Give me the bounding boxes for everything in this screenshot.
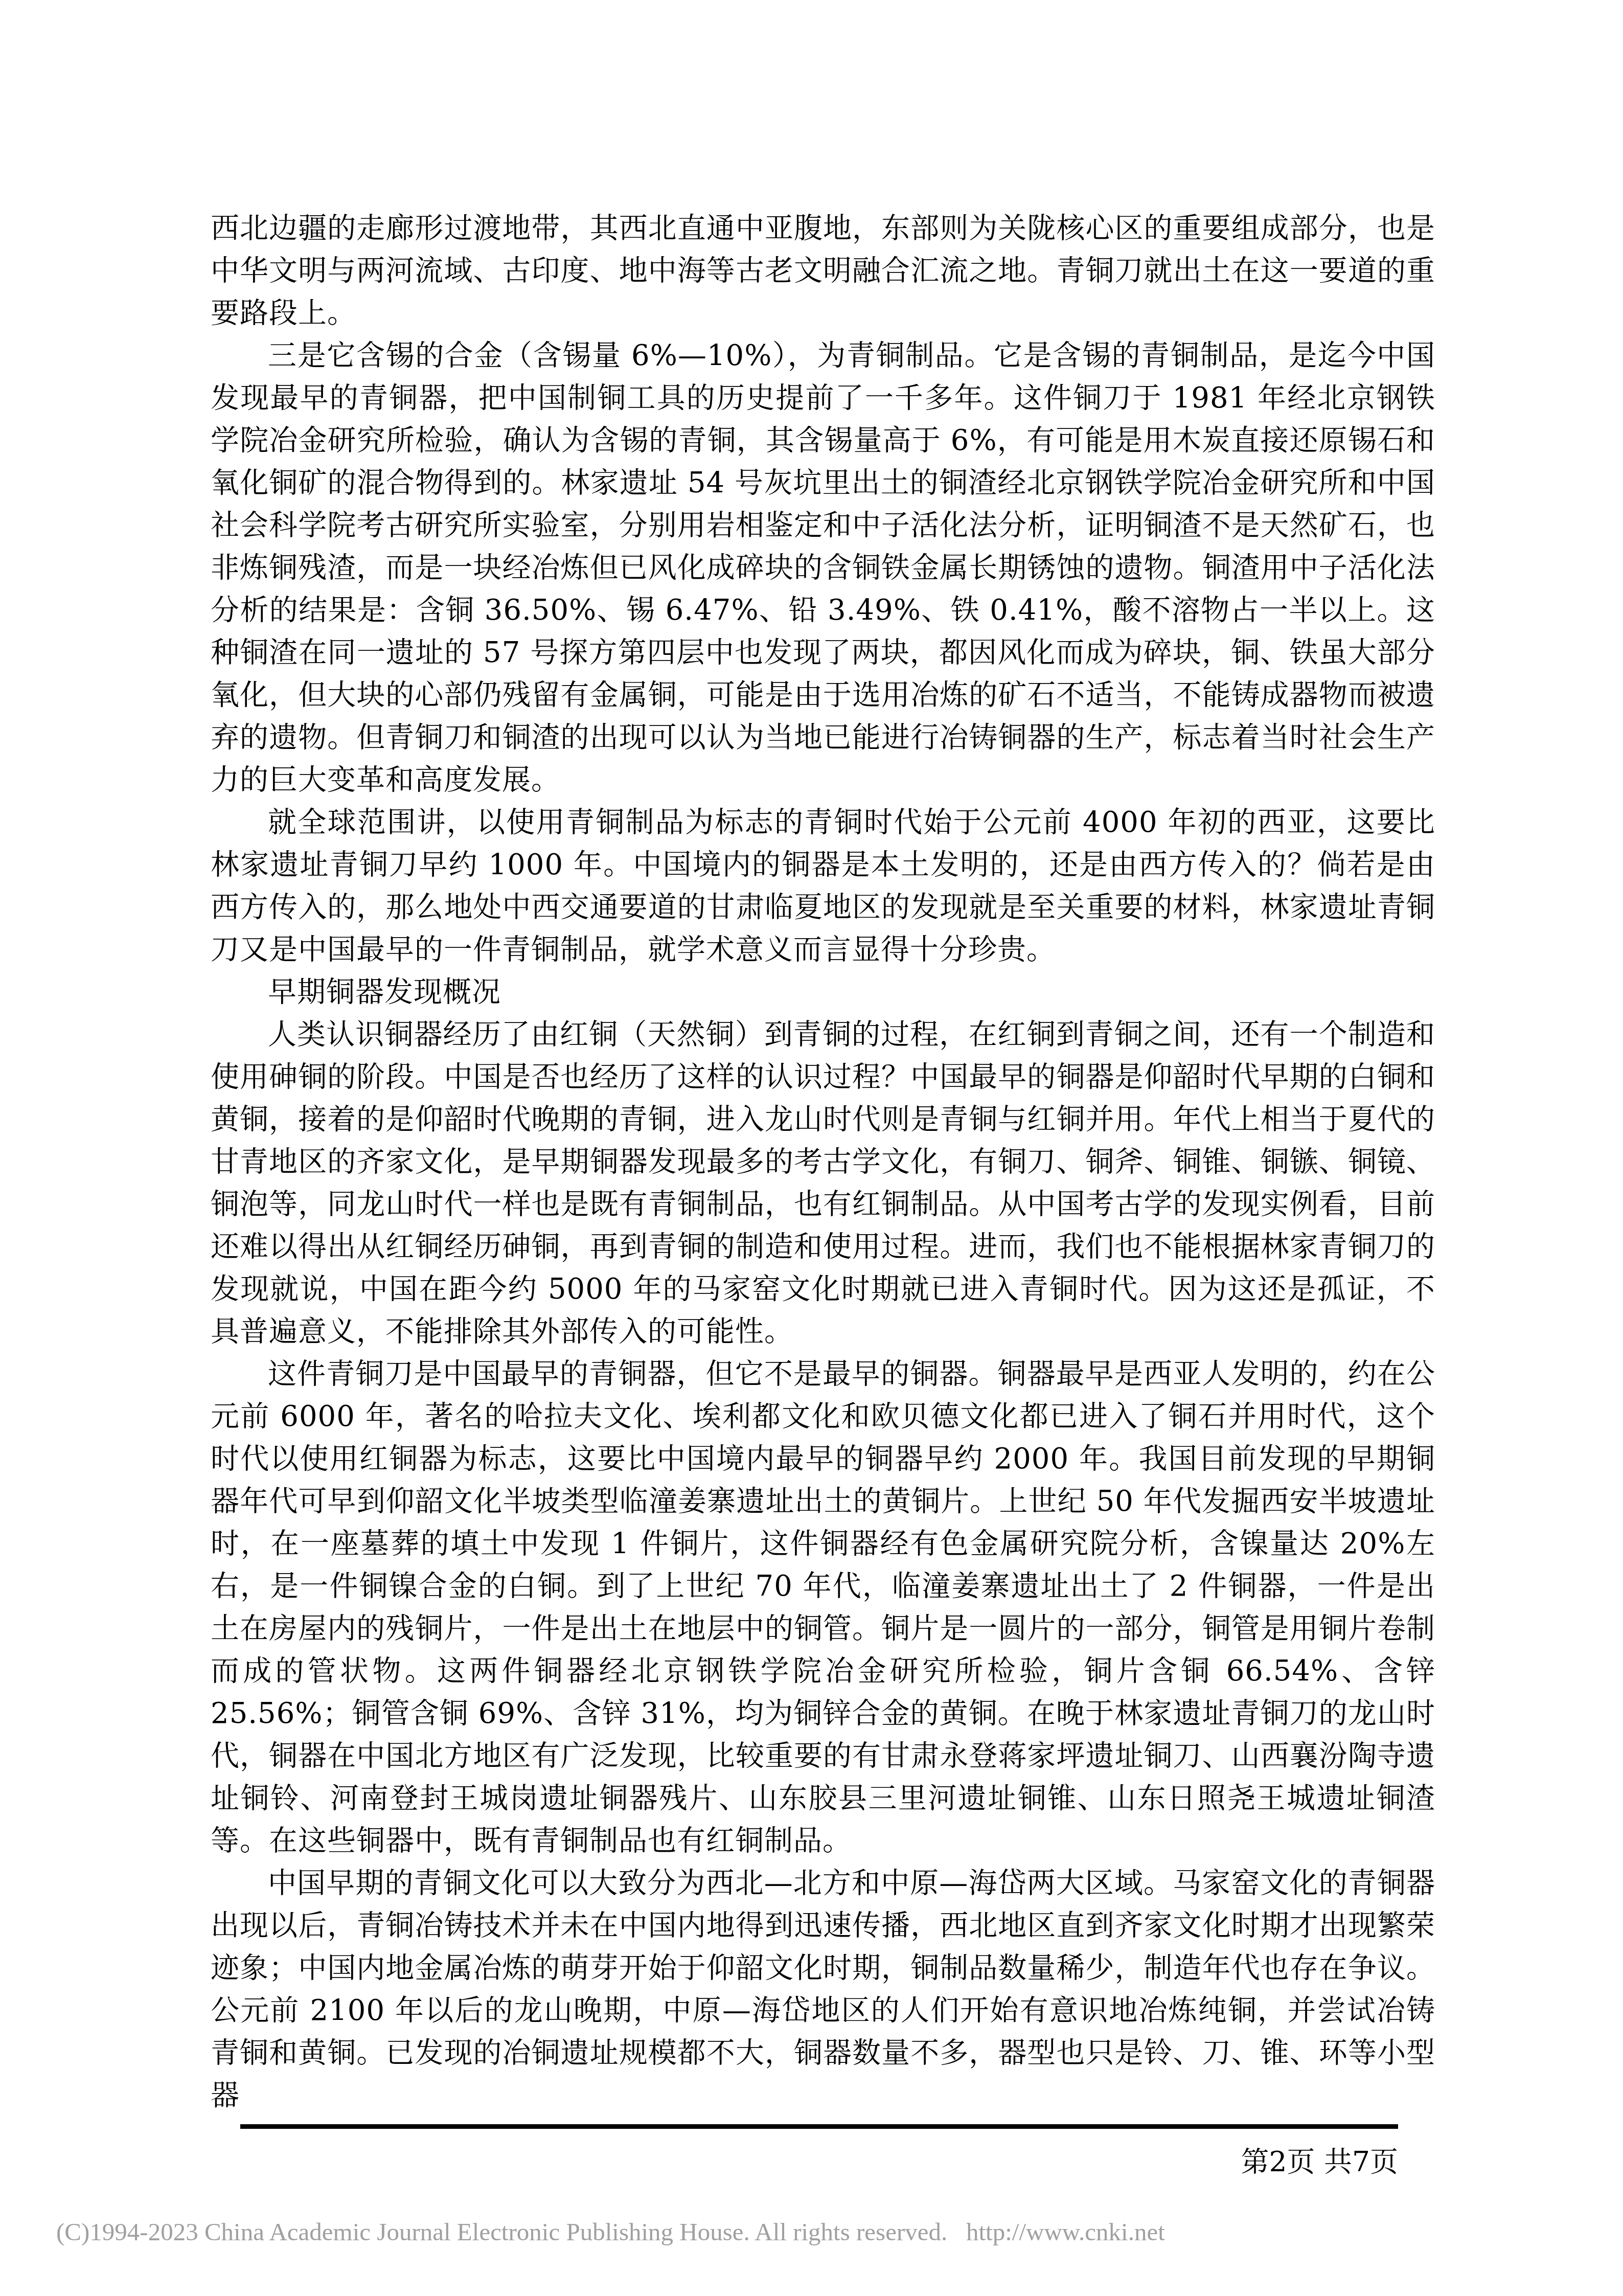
- section-heading: 早期铜器发现概况: [211, 971, 1435, 1013]
- paragraph-two-regions: 中国早期的青铜文化可以大致分为西北—北方和中原—海岱两大区域。马家窑文化的青铜器…: [211, 1862, 1435, 2117]
- paragraph-earliest-bronze: 这件青铜刀是中国最早的青铜器，但它不是最早的铜器。铜器最早是西亚人发明的，约在公…: [211, 1353, 1435, 1862]
- paragraph-tin-alloy: 三是它含锡的合金（含锡量 6%—10%），为青铜制品。它是含锡的青铜制品，是迄今…: [211, 334, 1435, 801]
- paragraph-global-scope: 就全球范围讲，以使用青铜制品为标志的青铜时代始于公元前 4000 年初的西亚，这…: [211, 801, 1435, 971]
- document-page: 西北边疆的走廊形过渡地带，其西北直通中亚腹地，东部则为关陇核心区的重要组成部分，…: [0, 0, 1623, 2296]
- paragraph-continuation: 西北边疆的走廊形过渡地带，其西北直通中亚腹地，东部则为关陇核心区的重要组成部分，…: [211, 207, 1435, 334]
- footer-divider: [240, 2124, 1398, 2129]
- copyright-notice: (C)1994-2023 China Academic Journal Elec…: [56, 2217, 1165, 2247]
- article-body: 西北边疆的走廊形过渡地带，其西北直通中亚腹地，东部则为关陇核心区的重要组成部分，…: [211, 207, 1435, 2117]
- page-number-label: 第2页 共7页: [1241, 2141, 1398, 2182]
- paragraph-copper-stages: 人类认识铜器经历了由红铜（天然铜）到青铜的过程，在红铜到青铜之间，还有一个制造和…: [211, 1013, 1435, 1353]
